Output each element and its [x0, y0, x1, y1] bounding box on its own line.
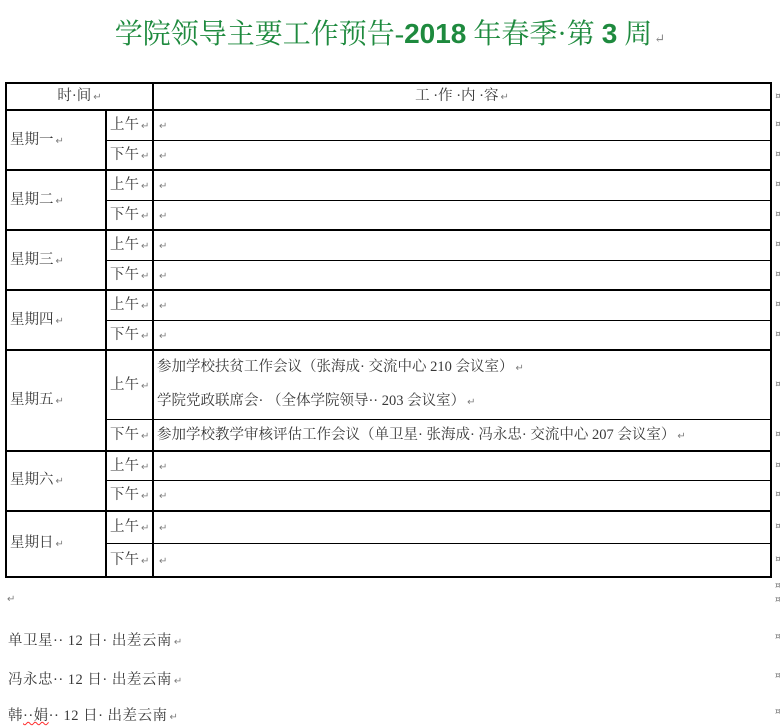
am-label: 上午 [110, 177, 139, 193]
paragraph-mark-icon: ↵ [56, 256, 64, 267]
paragraph-mark-icon: ↵ [141, 556, 149, 567]
paragraph-mark-icon: ↵ [141, 151, 149, 162]
table-header-row: 时·间↵ 工 ·作 ·内 ·容↵ ¤ [6, 83, 771, 110]
table-row-wednesday-pm: 下午↵ ↵¤ [6, 260, 771, 290]
day-label-sunday: 星期日↵ [6, 511, 106, 577]
friday-am-event-2: 学院党政联席会· （全体学院领导·· 203 会议室）↵ [157, 385, 770, 419]
schedule-table: 时·间↵ 工 ·作 ·内 ·容↵ ¤ 星期一↵ 上午↵ ↵¤ 下午↵ ↵¤ 星期… [5, 82, 772, 578]
paragraph-mark-icon: ↵ [159, 151, 167, 162]
am-label-cell: 上午↵ [106, 230, 153, 260]
am-label: 上午 [110, 458, 139, 474]
title-text-cn-1: 学院领导主要工作预告- [115, 19, 404, 50]
pm-label-cell: 下午↵ [106, 320, 153, 350]
paragraph-mark-icon: ↵ [159, 331, 167, 342]
pm-label: 下午 [110, 487, 139, 503]
table-row-wednesday-am: 星期三↵ 上午↵ ↵¤ [6, 230, 771, 260]
pm-label-cell: 下午↵ [106, 420, 153, 451]
day-label-text: 星期日 [10, 535, 54, 551]
end-of-row-mark-icon: ¤ [775, 671, 780, 681]
end-of-row-mark-icon: ¤ [775, 707, 780, 717]
day-label-text: 星期一 [10, 132, 54, 148]
pm-label: 下午 [110, 427, 139, 443]
end-of-row-mark-icon: ¤ [775, 581, 780, 591]
paragraph-mark-icon: ↵ [56, 316, 64, 327]
paragraph-mark-icon: ↵ [141, 431, 149, 442]
end-of-row-mark-icon: ¤ [775, 429, 780, 440]
content-cell-monday-pm: ↵¤ [153, 140, 771, 170]
content-cell-sunday-pm: ↵¤ [153, 544, 771, 577]
title-text-cn-3: 周 [617, 19, 652, 50]
paragraph-mark-icon: ↵ [170, 712, 179, 723]
content-cell-tuesday-am: ↵¤ [153, 170, 771, 200]
content-text: 学院党政联席会· （全体学院领导·· 203 会议室） [157, 393, 465, 409]
end-of-row-mark-icon: ¤ [775, 379, 780, 390]
title-year: 2018 [404, 18, 466, 49]
paragraph-mark-icon: ↵ [159, 462, 167, 473]
day-label-tuesday: 星期二↵ [6, 170, 106, 230]
paragraph-mark-icon: ↵ [141, 181, 149, 192]
paragraph-mark-icon: ↵ [159, 241, 167, 252]
paragraph-mark-icon: ↵ [159, 181, 167, 192]
paragraph-mark-icon: ↵ [467, 397, 475, 408]
pm-label: 下午 [110, 207, 139, 223]
paragraph-mark-icon: ↵ [56, 196, 64, 207]
note-text: ·· 12 日· 出差云南 [49, 708, 168, 724]
end-of-row-mark-icon: ¤ [775, 300, 780, 311]
paragraph-mark-icon: ↵ [141, 523, 149, 534]
end-of-row-mark-icon: ¤ [775, 180, 780, 191]
paragraph-mark-icon: ↵ [677, 431, 685, 442]
content-cell-wednesday-am: ↵¤ [153, 230, 771, 260]
paragraph-mark-icon: ↵ [93, 92, 101, 103]
day-label-thursday: 星期四↵ [6, 290, 106, 350]
end-of-row-mark-icon: ¤ [775, 149, 780, 160]
pm-label-cell: 下午↵ [106, 140, 153, 170]
am-label-cell: 上午↵ [106, 110, 153, 140]
end-of-row-mark-icon: ¤ [775, 269, 780, 280]
header-cell-time: 时·间↵ [6, 83, 153, 110]
title-text-cn-2: 年春季·第 [466, 19, 601, 50]
paragraph-mark-icon: ↵ [159, 523, 167, 534]
content-cell-friday-pm: 参加学校教学审核评估工作会议（单卫星· 张海成· 冯永忠· 交流中心 207 会… [153, 420, 771, 451]
paragraph-mark-icon: ↵ [56, 539, 64, 550]
end-of-row-mark-icon: ¤ [775, 120, 780, 131]
pm-label: 下午 [110, 552, 139, 568]
am-label: 上午 [110, 377, 139, 393]
am-label-cell: 上午↵ [106, 451, 153, 481]
am-label: 上午 [110, 297, 139, 313]
paragraph-mark-icon: ↵ [141, 381, 149, 392]
pm-label: 下午 [110, 147, 139, 163]
day-label-monday: 星期一↵ [6, 110, 106, 170]
day-label-text: 星期三 [10, 252, 54, 268]
time-header-label: 时·间 [57, 88, 91, 104]
content-header-label: 工 ·作 ·内 ·容 [415, 88, 498, 104]
paragraph-mark-icon: ↵ [141, 491, 149, 502]
paragraph-mark-icon: ↵ [159, 491, 167, 502]
pm-label: 下午 [110, 327, 139, 343]
end-of-row-mark-icon: ¤ [775, 632, 780, 642]
pm-label-cell: 下午↵ [106, 481, 153, 511]
day-label-text: 星期二 [10, 192, 54, 208]
paragraph-mark-icon: ↵ [141, 271, 149, 282]
day-label-wednesday: 星期三↵ [6, 230, 106, 290]
paragraph-mark-icon: ↵ [159, 121, 167, 132]
content-cell-wednesday-pm: ↵¤ [153, 260, 771, 290]
table-row-saturday-am: 星期六↵ 上午↵ ↵¤ [6, 451, 771, 481]
table-row-sunday-am: 星期日↵ 上午↵ ↵¤ [6, 511, 771, 544]
end-of-row-mark-icon: ¤ [775, 595, 780, 605]
content-cell-saturday-am: ↵¤ [153, 451, 771, 481]
note-text: 韩 [8, 708, 23, 724]
paragraph-mark-icon: ↵ [56, 136, 64, 147]
paragraph-mark-icon: ↵ [141, 241, 149, 252]
pm-label: 下午 [110, 267, 139, 283]
content-text: 参加学校扶贫工作会议（张海成· 交流中心 210 会议室） [157, 359, 513, 375]
pm-label-cell: 下午↵ [106, 200, 153, 230]
day-label-saturday: 星期六↵ [6, 451, 106, 511]
content-cell-sunday-am: ↵¤ [153, 511, 771, 544]
note-text: 单卫星·· 12 日· 出差云南 [8, 633, 172, 649]
end-of-row-mark-icon: ¤ [775, 91, 780, 102]
table-row-saturday-pm: 下午↵ ↵¤ [6, 481, 771, 511]
content-cell-thursday-am: ↵¤ [153, 290, 771, 320]
title-week-number: 3 [602, 18, 618, 49]
content-cell-thursday-pm: ↵¤ [153, 320, 771, 350]
am-label: 上午 [110, 237, 139, 253]
table-row-monday-pm: 下午↵ ↵¤ [6, 140, 771, 170]
table-row-sunday-pm: 下午↵ ↵¤ [6, 544, 771, 577]
note-line-shanweixing: 单卫星·· 12 日· 出差云南↵ [8, 629, 183, 650]
am-label-cell: 上午↵ [106, 170, 153, 200]
note-line-fengyongzhong: 冯永忠·· 12 日· 出差云南↵ [8, 668, 183, 689]
day-label-text: 星期六 [10, 472, 54, 488]
table-row-friday-pm: 下午↵ 参加学校教学审核评估工作会议（单卫星· 张海成· 冯永忠· 交流中心 2… [6, 420, 771, 451]
am-label-cell: 上午↵ [106, 290, 153, 320]
paragraph-mark-icon: ↵ [141, 301, 149, 312]
end-of-row-mark-icon: ¤ [775, 329, 780, 340]
paragraph-mark-icon: ↵ [141, 211, 149, 222]
content-cell-friday-am: 参加学校扶贫工作会议（张海成· 交流中心 210 会议室）↵ 学院党政联席会· … [153, 350, 771, 420]
am-label: 上午 [110, 117, 139, 133]
table-row-monday-am: 星期一↵ 上午↵ ↵¤ [6, 110, 771, 140]
paragraph-mark-icon: ↵ [141, 121, 149, 132]
table-row-friday-am: 星期五↵ 上午↵ 参加学校扶贫工作会议（张海成· 交流中心 210 会议室）↵ … [6, 350, 771, 420]
friday-am-event-1: 参加学校扶贫工作会议（张海成· 交流中心 210 会议室）↵ [157, 351, 770, 385]
note-text: 冯永忠·· 12 日· 出差云南 [8, 672, 172, 688]
end-of-row-mark-icon: ¤ [775, 460, 780, 471]
paragraph-mark-icon: ↵ [141, 462, 149, 473]
paragraph-mark-icon: ↵ [56, 396, 64, 407]
content-cell-monday-am: ↵¤ [153, 110, 771, 140]
pm-label-cell: 下午↵ [106, 260, 153, 290]
am-label: 上午 [110, 519, 139, 535]
end-of-row-mark-icon: ¤ [775, 490, 780, 501]
page-title: 学院领导主要工作预告-2018 年春季·第 3 周↵ [0, 12, 780, 52]
paragraph-mark-icon: ↵ [654, 31, 665, 46]
content-cell-tuesday-pm: ↵¤ [153, 200, 771, 230]
day-label-friday: 星期五↵ [6, 350, 106, 451]
table-row-tuesday-pm: 下午↵ ↵¤ [6, 200, 771, 230]
table-row-tuesday-am: 星期二↵ 上午↵ ↵¤ [6, 170, 771, 200]
note-line-hanjuan: 韩··娟·· 12 日· 出差云南↵ [8, 704, 178, 725]
paragraph-mark-icon: ↵ [159, 211, 167, 222]
paragraph-mark-icon: ↵ [159, 301, 167, 312]
paragraph-mark-icon: ↵ [7, 594, 15, 605]
day-label-text: 星期五 [10, 392, 54, 408]
content-text: 参加学校教学审核评估工作会议（单卫星· 张海成· 冯永忠· 交流中心 207 会… [157, 427, 675, 443]
am-label-cell: 上午↵ [106, 511, 153, 544]
spellcheck-flagged-text: ··娟 [23, 708, 49, 724]
header-cell-content: 工 ·作 ·内 ·容↵ ¤ [153, 83, 771, 110]
paragraph-mark-icon: ↵ [159, 271, 167, 282]
table-row-thursday-am: 星期四↵ 上午↵ ↵¤ [6, 290, 771, 320]
paragraph-mark-icon: ↵ [174, 637, 183, 648]
end-of-row-mark-icon: ¤ [775, 209, 780, 220]
day-label-text: 星期四 [10, 312, 54, 328]
paragraph-mark-icon: ↵ [56, 476, 64, 487]
document-page: { "marks": { "paragraph": "↵", "end_of_r… [0, 0, 780, 726]
end-of-row-mark-icon: ¤ [775, 240, 780, 251]
end-of-row-mark-icon: ¤ [775, 554, 780, 565]
paragraph-mark-icon: ↵ [501, 92, 509, 103]
paragraph-mark-icon: ↵ [159, 556, 167, 567]
content-cell-saturday-pm: ↵¤ [153, 481, 771, 511]
end-of-row-mark-icon: ¤ [775, 522, 780, 533]
paragraph-mark-icon: ↵ [174, 676, 183, 687]
table-row-thursday-pm: 下午↵ ↵¤ [6, 320, 771, 350]
paragraph-mark-icon: ↵ [141, 331, 149, 342]
am-label-cell: 上午↵ [106, 350, 153, 420]
paragraph-mark-icon: ↵ [515, 363, 523, 374]
pm-label-cell: 下午↵ [106, 544, 153, 577]
